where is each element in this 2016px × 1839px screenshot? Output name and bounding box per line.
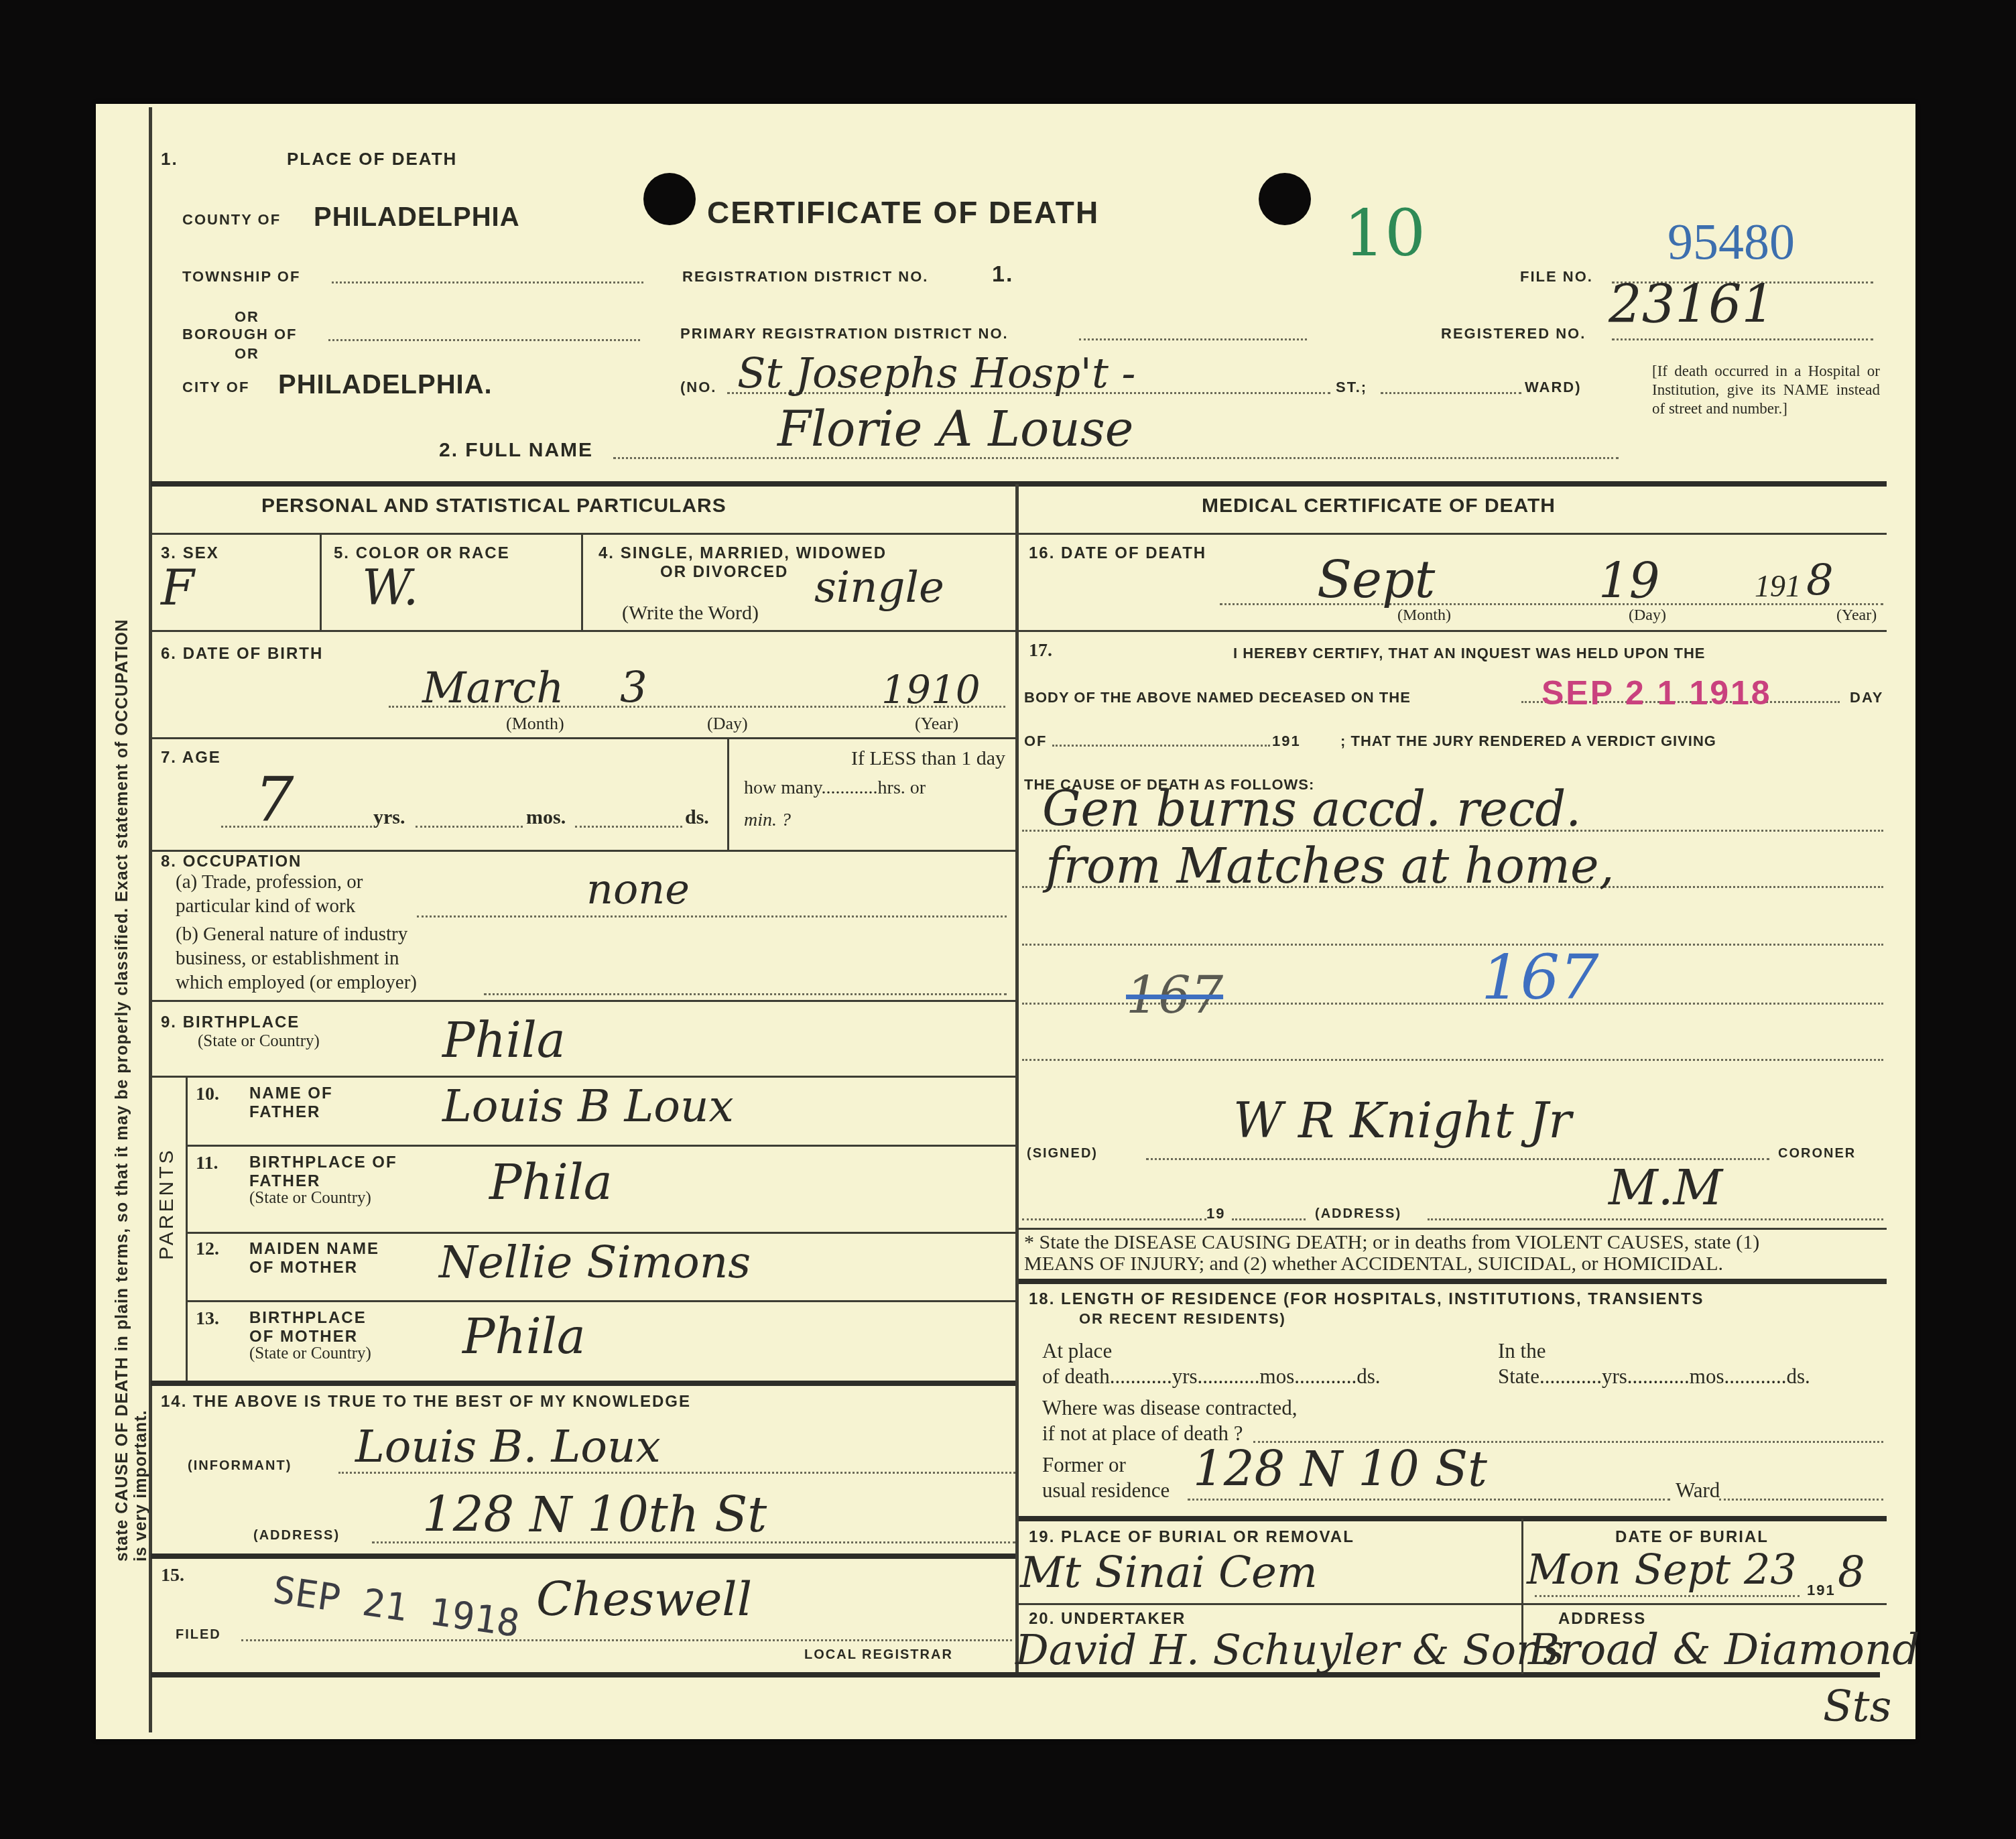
center-divider [1015, 484, 1019, 1677]
marital-label: 4. SINGLE, MARRIED, WIDOWED [598, 544, 887, 563]
code-struck: 167 [1126, 965, 1223, 1025]
marital-value: single [814, 563, 944, 613]
coroner-label: CORONER [1778, 1146, 1856, 1161]
informant-label: (INFORMANT) [188, 1458, 292, 1474]
mother-value: Nellie Simons [439, 1236, 751, 1288]
no-label: (No. [680, 379, 716, 396]
margin-instruction-text: state CAUSE OF DEATH in plain terms, so … [113, 619, 132, 1562]
mother-bp-label-2: OF MOTHER [249, 1328, 358, 1346]
cert-line-2: BODY OF THE ABOVE NAMED DECEASED ON THE [1024, 689, 1411, 706]
primary-registration-label: PRIMARY REGISTRATION DISTRICT No. [680, 325, 1009, 342]
signed-year-field[interactable] [1232, 1218, 1306, 1220]
row-line [1019, 1228, 1887, 1230]
informant-heading: 14. THE ABOVE IS TRUE TO THE BEST OF MY … [161, 1393, 691, 1411]
local-registrar-label: LOCAL REGISTRAR [804, 1647, 953, 1663]
punch-hole-right [1259, 173, 1311, 225]
ward-field-label: Ward [1676, 1478, 1720, 1503]
burial-year-suffix: 8 [1838, 1548, 1865, 1598]
row-line [151, 1076, 1015, 1078]
coroner-address-label: (ADDRESS) [1315, 1206, 1401, 1222]
registered-no-label: REGISTERED No. [1441, 325, 1586, 342]
inquest-date-stamp: SEP 2 1 1918 [1541, 674, 1772, 712]
row-line [188, 1145, 1015, 1147]
coroner-address-value: M.M [1609, 1159, 1722, 1216]
township-label: TOWNSHIP OF [182, 268, 300, 286]
col-line [581, 535, 583, 630]
row-line [151, 737, 1015, 739]
age-years-value: 7 [255, 764, 294, 836]
occupation-b-label: (b) General nature of industry [176, 924, 407, 946]
street-value: St Josephs Hosp't - [737, 348, 1135, 397]
dod-year-prefix: 191 [1755, 568, 1801, 604]
full-name-value: Florie A Louse [777, 401, 1133, 457]
mother-bp-value: Phila [462, 1308, 586, 1365]
or-label-1: OR [235, 308, 259, 326]
signed-label: (SIGNED) [1027, 1146, 1098, 1161]
dod-month: Sept [1317, 550, 1435, 609]
inquest-month-field[interactable] [1052, 745, 1270, 747]
dob-year-caption: (Year) [915, 714, 958, 734]
green-annotation: 10 [1344, 196, 1426, 271]
city-label: CITY OF [182, 379, 249, 396]
county-value: PHILADELPHIA [314, 202, 520, 233]
registration-district-value: 1. [992, 261, 1013, 288]
marital-hint: (Write the Word) [622, 602, 759, 625]
section-divider [151, 1381, 1015, 1386]
signed-date-field[interactable] [1022, 1218, 1206, 1220]
in-state-field-label[interactable]: State............yrs............mos.....… [1498, 1365, 1810, 1389]
residence-label: 18. LENGTH OF RESIDENCE (FOR HOSPITALS, … [1029, 1290, 1704, 1309]
age-label: 7. AGE [161, 749, 221, 767]
mother-bp-sub: (State or Country) [249, 1344, 371, 1363]
in-state-label: In the [1498, 1339, 1546, 1363]
row-line [151, 850, 1015, 852]
father-bp-num: 11. [196, 1153, 218, 1174]
age-years-field[interactable] [221, 826, 372, 828]
row-line [1019, 1603, 1887, 1605]
dod-day-caption: (Day) [1629, 607, 1666, 625]
left-frame-line [149, 107, 152, 1732]
full-name-field[interactable] [613, 457, 1619, 459]
cause-footnote: * State the DISEASE CAUSING DEATH; or in… [1024, 1232, 1885, 1275]
race-label: 5. COLOR OR RACE [334, 544, 510, 563]
yrs-label: yrs. [373, 806, 405, 829]
father-bp-label: BIRTHPLACE OF [249, 1153, 397, 1172]
section-number-1: 1. [161, 149, 178, 170]
coroner-address-field[interactable] [1428, 1218, 1883, 1220]
undertaker-address-value: Broad & Diamond [1528, 1625, 1919, 1675]
row-line [151, 630, 1015, 632]
father-bp-sub: (State or Country) [249, 1189, 371, 1208]
father-label: NAME OF [249, 1084, 333, 1103]
hospital-note: [If death occurred in a Hospital or Inst… [1652, 362, 1880, 418]
row-line [1019, 533, 1887, 535]
st-field[interactable] [1381, 392, 1521, 394]
undertaker-address-value-2: Sts [1823, 1682, 1891, 1732]
borough-field[interactable] [328, 339, 640, 341]
primary-registration-field[interactable] [1079, 338, 1307, 340]
city-value: PHILADELPHIA. [278, 370, 493, 400]
informant-address-value: 128 N 10th St [422, 1486, 767, 1543]
row-line [1019, 630, 1887, 632]
cause-text-2: from Matches at home, [1046, 838, 1615, 894]
mos-label: mos. [526, 806, 566, 829]
row-line [151, 533, 1015, 535]
dob-month-caption: (Month) [506, 714, 564, 734]
certificate-title: CERTIFICATE OF DEATH [707, 194, 1099, 231]
cert-num: 17. [1029, 640, 1052, 661]
burial-place-label: 19. PLACE OF BURIAL OR REMOVAL [1029, 1528, 1354, 1547]
main-divider [151, 481, 1887, 487]
mother-label: MAIDEN NAME [249, 1240, 379, 1259]
section-divider [1019, 1516, 1887, 1521]
burial-place-value: Mt Sinai Cem [1020, 1548, 1318, 1598]
cert-day-label: DAY [1850, 689, 1883, 706]
filed-label: FILED [176, 1627, 221, 1643]
minutes-label: min. ? [744, 810, 791, 831]
occupation-b-field[interactable] [484, 993, 1007, 995]
burial-date-value: Mon Sept 23 [1527, 1545, 1797, 1594]
filed-field[interactable] [241, 1639, 1012, 1641]
cause-line-5[interactable] [1022, 1059, 1883, 1061]
birthplace-value: Phila [442, 1012, 566, 1068]
informant-value: Louis B. Loux [355, 1421, 661, 1472]
place-of-death-label: PLACE OF DEATH [287, 149, 457, 170]
mother-bp-label: BIRTHPLACE [249, 1309, 367, 1328]
cert-line-3: ; THAT THE JURY RENDERED A VERDICT GIVIN… [1340, 733, 1716, 750]
ward-label: WARD) [1525, 379, 1582, 396]
registrar-signature: Cheswell [536, 1572, 752, 1627]
mother-num: 12. [196, 1239, 219, 1260]
age-months-field[interactable] [416, 826, 523, 828]
father-num: 10. [196, 1084, 219, 1105]
residence-label-2: OR RECENT RESIDENTS) [1079, 1310, 1286, 1328]
dod-day: 19 [1598, 553, 1660, 609]
county-label: COUNTY OF [182, 211, 281, 229]
row-line [188, 1232, 1015, 1234]
col-line [727, 739, 729, 850]
occupation-a-label: (a) Trade, profession, or [176, 871, 363, 893]
cert-191-label: 191 [1272, 733, 1301, 750]
dob-label: 6. DATE OF BIRTH [161, 645, 323, 663]
township-field[interactable] [332, 281, 643, 283]
mother-bp-num: 13. [196, 1308, 219, 1330]
filed-num: 15. [161, 1565, 184, 1586]
row-line [151, 1000, 1015, 1002]
father-value: Louis B Loux [442, 1080, 734, 1132]
burial-date-field[interactable] [1535, 1595, 1800, 1597]
or-label-2: OR [235, 345, 259, 363]
medical-heading: MEDICAL CERTIFICATE OF DEATH [1202, 495, 1556, 517]
hours-field-label: how many............hrs. or [744, 777, 926, 799]
full-name-label: 2. FULL NAME [439, 439, 593, 462]
former-residence-label: Former or [1042, 1453, 1126, 1477]
sex-value: F [161, 560, 194, 616]
st-label: ST.; [1336, 379, 1367, 396]
registration-district-label: REGISTRATION DISTRICT No. [682, 268, 928, 286]
dod-label: 16. DATE OF DEATH [1029, 544, 1206, 563]
dob-month: March [422, 663, 564, 713]
father-bp-label-2: FATHER [249, 1172, 320, 1191]
dob-day-caption: (Day) [707, 714, 748, 734]
cert-line-1: I HEREBY CERTIFY, THAT AN INQUEST WAS HE… [1233, 645, 1706, 662]
section-divider [1019, 1279, 1887, 1284]
personal-heading: PERSONAL AND STATISTICAL PARTICULARS [261, 495, 727, 517]
where-contracted-label: Where was disease contracted, [1042, 1396, 1297, 1420]
dob-year: 1910 [881, 667, 981, 712]
father-bp-value: Phila [489, 1154, 613, 1210]
occupation-a-value: none [586, 865, 690, 913]
dod-year-suffix: 8 [1806, 556, 1834, 606]
row-line [188, 1300, 1015, 1302]
mother-label-2: OF MOTHER [249, 1259, 358, 1277]
birthplace-sub: (State or Country) [198, 1032, 320, 1051]
registered-no-field[interactable] [1612, 338, 1873, 340]
punch-hole-left [643, 173, 696, 225]
burial-date-label: DATE OF BURIAL [1615, 1528, 1769, 1547]
father-label-2: FATHER [249, 1103, 320, 1122]
age-days-field[interactable] [575, 826, 682, 828]
coroner-signature: W R Knight Jr [1233, 1092, 1572, 1149]
dod-month-caption: (Month) [1397, 607, 1451, 625]
ds-label: ds. [685, 806, 709, 829]
former-residence-value: 128 N 10 St [1193, 1441, 1487, 1497]
borough-label: BOROUGH OF [182, 326, 298, 343]
cause-line-3[interactable] [1022, 944, 1883, 946]
birthplace-label: 9. BIRTHPLACE [161, 1013, 300, 1032]
marital-label-2: OR DIVORCED [660, 563, 788, 582]
undertaker-value: David H. Schuyler & Sons [1015, 1625, 1564, 1674]
burial-year-prefix: 191 [1807, 1582, 1836, 1599]
occupation-b-label-2: business, or establishment in [176, 948, 399, 970]
parents-label: PARENTS [155, 1148, 178, 1260]
informant-address-label: (ADDRESS) [253, 1528, 340, 1543]
former-residence-label-2: usual residence [1042, 1478, 1170, 1503]
parents-col-line [186, 1076, 188, 1383]
occupation-a-label-2: particular kind of work [176, 895, 355, 917]
cert-of-label: OF [1024, 733, 1048, 750]
dod-year-caption: (Year) [1836, 607, 1877, 625]
section-divider [151, 1553, 1015, 1559]
less-than-day-label: If LESS than 1 day [744, 747, 1005, 770]
ward-field[interactable] [1719, 1499, 1883, 1501]
footnote-line-2: MEANS OF INJURY; and (2) whether ACCIDEN… [1024, 1253, 1885, 1275]
col-line [320, 535, 322, 630]
footnote-line-1: * State the DISEASE CAUSING DEATH; or in… [1024, 1232, 1885, 1253]
race-value: W. [362, 560, 418, 616]
registered-no-value: 23161 [1609, 275, 1775, 335]
cause-text-1: Gen burns accd. recd. [1042, 781, 1581, 837]
occupation-b-label-3: which employed (or employer) [176, 972, 417, 994]
signed-date-19: 19 [1206, 1205, 1225, 1222]
margin-instruction-text-2: is very important. [131, 1410, 151, 1562]
code-blue: 167 [1481, 942, 1599, 1013]
occupation-a-field[interactable] [417, 915, 1007, 917]
file-no-label: FILE No. [1520, 268, 1593, 286]
occupation-label: 8. OCCUPATION [161, 852, 302, 871]
at-place-field-label[interactable]: of death............yrs............mos..… [1042, 1365, 1381, 1389]
at-place-label: At place [1042, 1339, 1112, 1363]
dob-day: 3 [620, 663, 647, 713]
file-number-stamp: 95480 [1667, 213, 1795, 271]
former-residence-field[interactable] [1188, 1499, 1670, 1501]
